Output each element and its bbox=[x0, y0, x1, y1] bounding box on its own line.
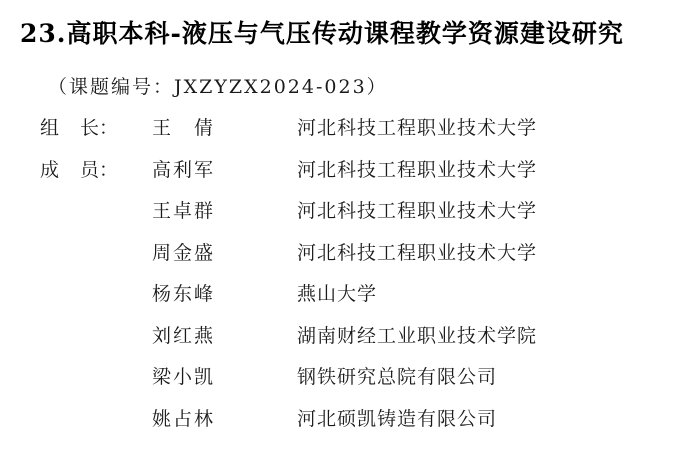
team-member-list: 组长： 王 倩 河北科技工程职业技术大学 成员： 高利军 河北科技工程职业技术大… bbox=[0, 113, 690, 445]
team-row-leader: 组长： 王 倩 河北科技工程职业技术大学 bbox=[0, 113, 690, 155]
role-label-leader-char1: 组 bbox=[40, 113, 80, 143]
member-name: 周金盛 bbox=[152, 238, 215, 268]
member-organization: 河北科技工程职业技术大学 bbox=[297, 113, 537, 143]
role-label-leader: 组长： bbox=[40, 113, 118, 143]
member-name: 王 倩 bbox=[152, 113, 215, 143]
member-organization: 河北科技工程职业技术大学 bbox=[297, 155, 537, 185]
role-label-member-char1: 成 bbox=[40, 155, 80, 185]
team-row-member: 王卓群 河北科技工程职业技术大学 bbox=[0, 196, 690, 238]
member-organization: 湖南财经工业职业技术学院 bbox=[297, 321, 537, 351]
team-row-member: 梁小凯 钢铁研究总院有限公司 bbox=[0, 362, 690, 404]
member-organization: 钢铁研究总院有限公司 bbox=[297, 362, 497, 392]
member-name: 高利军 bbox=[152, 155, 215, 185]
team-row-member: 杨东峰 燕山大学 bbox=[0, 279, 690, 321]
member-name: 梁小凯 bbox=[152, 362, 215, 392]
project-number: （课题编号：JXZYZX2024-023） bbox=[48, 72, 388, 102]
role-label-member: 成员： bbox=[40, 155, 118, 185]
member-name: 刘红燕 bbox=[152, 321, 215, 351]
member-organization: 河北硕凯铸造有限公司 bbox=[297, 404, 497, 434]
team-row-member: 成员： 高利军 河北科技工程职业技术大学 bbox=[0, 155, 690, 197]
member-name: 姚占林 bbox=[152, 404, 215, 434]
team-row-member: 姚占林 河北硕凯铸造有限公司 bbox=[0, 404, 690, 446]
member-organization: 河北科技工程职业技术大学 bbox=[297, 196, 537, 226]
member-name: 王卓群 bbox=[152, 196, 215, 226]
role-label-member-char2: 员： bbox=[80, 159, 118, 181]
member-name: 杨东峰 bbox=[152, 279, 215, 309]
role-label-leader-char2: 长： bbox=[80, 117, 118, 139]
team-row-member: 周金盛 河北科技工程职业技术大学 bbox=[0, 238, 690, 280]
member-organization: 燕山大学 bbox=[297, 279, 377, 309]
member-organization: 河北科技工程职业技术大学 bbox=[297, 238, 537, 268]
document-title: 23.高职本科-液压与气压传动课程教学资源建设研究 bbox=[20, 16, 624, 52]
team-row-member: 刘红燕 湖南财经工业职业技术学院 bbox=[0, 321, 690, 363]
